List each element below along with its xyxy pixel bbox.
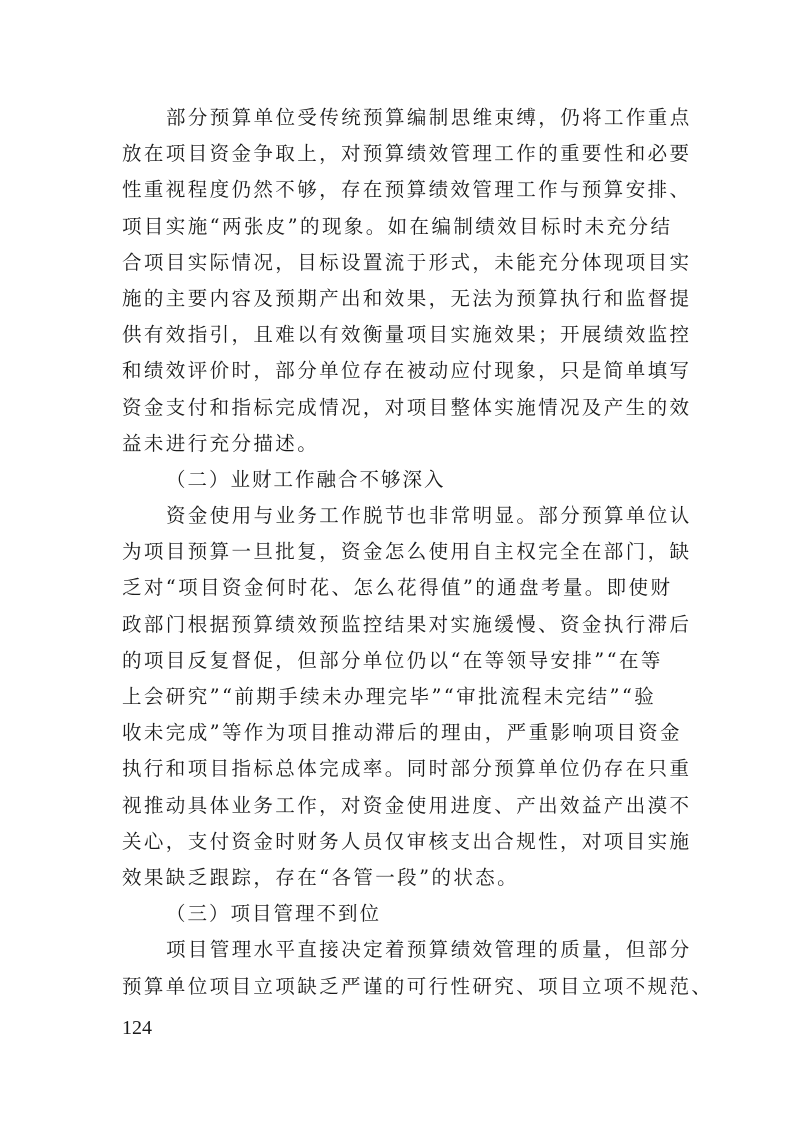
paragraph-line: 资金使用与业务工作脱节也非常明显。部分预算单位认 (122, 498, 674, 534)
paragraph-line: 政部门根据预算绩效预监控结果对实施缓慢、资金执行滞后 (122, 607, 674, 643)
section-heading: （三）项目管理不到位 (122, 896, 674, 932)
paragraph-line: 视推动具体业务工作，对资金使用进度、产出效益产出漠不 (122, 788, 674, 824)
paragraph-line: 性重视程度仍然不够，存在预算绩效管理工作与预算安排、 (122, 172, 674, 208)
paragraph-line: 执行和项目指标总体完成率。同时部分预算单位仍存在只重 (122, 751, 674, 787)
document-page: 部分预算单位受传统预算编制思维束缚，仍将工作重点 放在项目资金争取上，对预算绩效… (0, 0, 793, 1122)
paragraph-line: 收未完成”等作为项目推动滞后的理由，严重影响项目资金 (122, 715, 674, 751)
paragraph-line: 益未进行充分描述。 (122, 426, 674, 462)
paragraph-line: 合项目实际情况，目标设置流于形式，未能充分体现项目实 (122, 245, 674, 281)
paragraph-line: 关心，支付资金时财务人员仅审核支出合规性，对项目实施 (122, 824, 674, 860)
paragraph-line: 预算单位项目立项缺乏严谨的可行性研究、项目立项不规范、 (122, 969, 674, 1005)
paragraph-line: 效果缺乏跟踪，存在“各管一段”的状态。 (122, 860, 674, 896)
paragraph-line: 上会研究”“前期手续未办理完毕”“审批流程未完结”“验 (122, 679, 674, 715)
section-heading: （二）业财工作融合不够深入 (122, 462, 674, 498)
paragraph-line: 放在项目资金争取上，对预算绩效管理工作的重要性和必要 (122, 136, 674, 172)
page-number: 124 (122, 1017, 152, 1040)
paragraph-line: 项目管理水平直接决定着预算绩效管理的质量，但部分 (122, 932, 674, 968)
paragraph-line: 部分预算单位受传统预算编制思维束缚，仍将工作重点 (122, 100, 674, 136)
body-text: 部分预算单位受传统预算编制思维束缚，仍将工作重点 放在项目资金争取上，对预算绩效… (122, 100, 674, 1005)
paragraph-line: 和绩效评价时，部分单位存在被动应付现象，只是简单填写 (122, 353, 674, 389)
paragraph-line: 供有效指引，且难以有效衡量项目实施效果；开展绩效监控 (122, 317, 674, 353)
paragraph-line: 项目实施“两张皮”的现象。如在编制绩效目标时未充分结 (122, 209, 674, 245)
paragraph-line: 资金支付和指标完成情况，对项目整体实施情况及产生的效 (122, 390, 674, 426)
paragraph-line: 施的主要内容及预期产出和效果，无法为预算执行和监督提 (122, 281, 674, 317)
paragraph-line: 的项目反复督促，但部分单位仍以“在等领导安排”“在等 (122, 643, 674, 679)
paragraph-line: 乏对“项目资金何时花、怎么花得值”的通盘考量。即使财 (122, 570, 674, 606)
paragraph-line: 为项目预算一旦批复，资金怎么使用自主权完全在部门，缺 (122, 534, 674, 570)
